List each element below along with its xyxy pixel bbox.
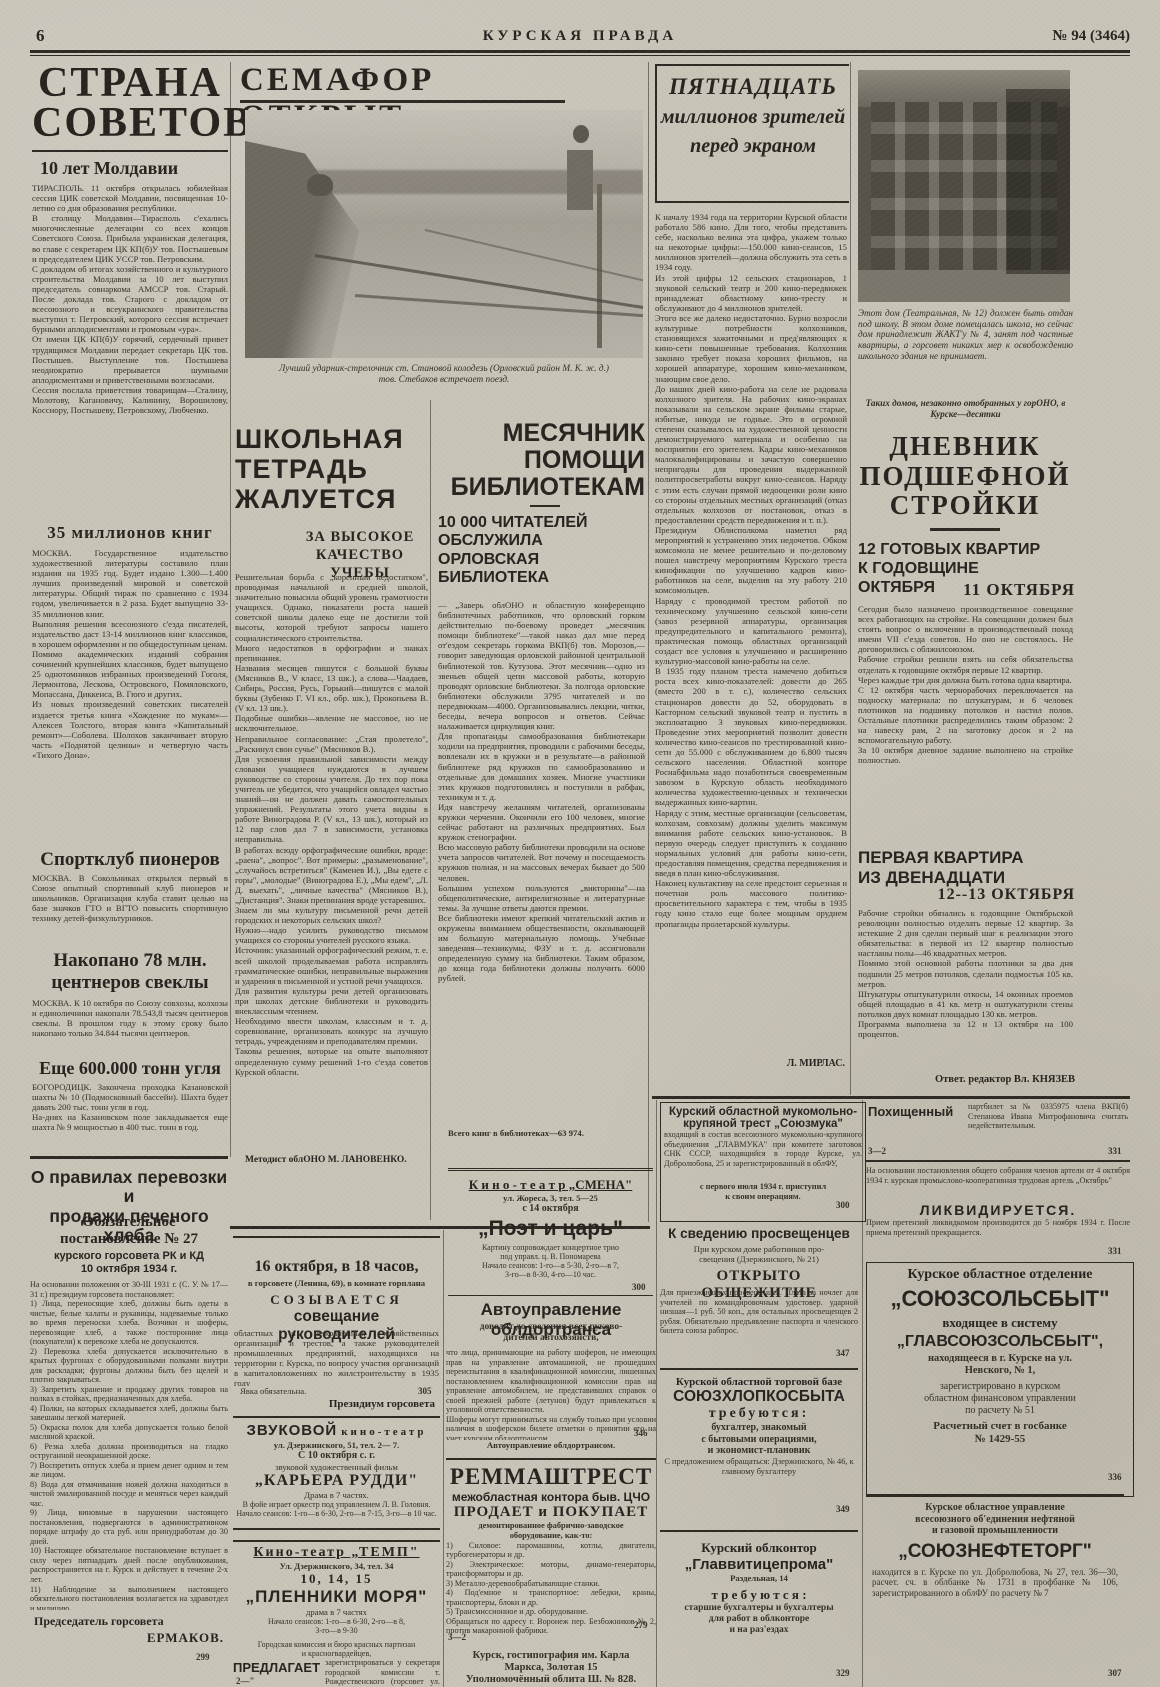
- smena-addr: ул. Жореса, 3, тел. 5—25: [448, 1193, 653, 1203]
- solsbyt-line2: „ГЛАВСОЮЗСОЛЬСБЫТ",: [871, 1333, 1129, 1351]
- strana-rule: [32, 150, 228, 152]
- article-sportclub-body: МОСКВА. В Сокольниках открылся первый в …: [32, 873, 228, 945]
- temp-title: Кино-театр „ТЕМП": [233, 1545, 440, 1561]
- decree-signature-name: ЕРМАКОВ.: [34, 1630, 224, 1646]
- zvuk-title-rest: кино-театр: [341, 1426, 426, 1438]
- page-number: 6: [36, 26, 45, 46]
- column-divider: [648, 62, 649, 1222]
- ad-number: 300: [836, 1200, 850, 1210]
- imprint: Курск, гостипография им. Карла Маркса, З…: [446, 1650, 656, 1686]
- cinema-signature: Л. МИРЛАС.: [700, 1058, 845, 1069]
- zvuk-date: С 10 октября с. г.: [233, 1450, 440, 1462]
- zvuk-kind: звуковой художественный фильм: [233, 1462, 440, 1472]
- vitice-addr: Раздельная, 14: [660, 1573, 858, 1583]
- diary-part2-body: Рабочие стройки обязались к годовщине Ок…: [858, 908, 1073, 1068]
- left-section-rule: [30, 1156, 228, 1159]
- diary-headline: ДНЕВНИК ПОДШЕФНОЙ СТРОЙКИ: [855, 432, 1075, 521]
- masthead: КУРСКАЯ ПРАВДА: [380, 28, 780, 45]
- diary-rule: [930, 528, 1000, 531]
- hlopok-ad: Курской областной торговой базе СОЮЗХЛОП…: [660, 1368, 858, 1520]
- temp-addr: Ул. Дзержинского, 34, тел. 34: [233, 1561, 440, 1571]
- photo-signal-pole: [597, 184, 602, 348]
- article-books-title: 35 миллионов книг: [32, 523, 228, 543]
- meeting-line1: 16 октября, в 18 часов,: [234, 1258, 439, 1276]
- partizan-intro: Городская комиссия и бюро красных партиз…: [233, 1640, 440, 1660]
- cinema-headline-box: ПЯТНАДЦАТЬ миллионов зрителей перед экра…: [655, 64, 849, 203]
- article-books-body: МОСКВА. Государственное издательство худ…: [32, 548, 228, 843]
- zvuk-title: ЗВУКОВОЙ кино-театр: [233, 1422, 440, 1440]
- diary-part2-title: ПЕРВАЯ КВАРТИРА ИЗ ДВЕНАДЦАТИ: [858, 848, 1073, 889]
- cinema-headline-line2: миллионов зрителей: [657, 106, 849, 129]
- zvuk-ad: ЗВУКОВОЙ кино-театр ул. Дзержинского, 51…: [233, 1416, 440, 1530]
- decree-subtitle1: Обязательное постановление № 27: [30, 1214, 228, 1247]
- decree-signature-role: Председатель горсовета: [34, 1614, 224, 1629]
- library-subhead: 10 000 ЧИТАТЕЛЕЙ ОБСЛУЖИЛА ОРЛОВСКАЯ БИБ…: [438, 514, 638, 588]
- dortrans-body: что лица, принимающие на работу шоферов,…: [446, 1348, 656, 1440]
- photo-house-shadow: [1006, 89, 1070, 275]
- temp-film-title: „ПЛЕННИКИ МОРЯ": [233, 1587, 440, 1607]
- solsbyt-intro: Курское областное отделение: [871, 1267, 1129, 1283]
- prosvet-body: Для приезжающих просвещенцев. Плата за н…: [660, 1288, 858, 1358]
- ad-number: 279: [634, 1620, 648, 1630]
- school-headline-line1: ШКОЛЬНАЯ: [235, 424, 425, 454]
- ad-number: 307: [1108, 1668, 1122, 1678]
- column-divider: [656, 1100, 657, 1687]
- diary-part1-date: 11 ОКТЯБРЯ: [900, 580, 1075, 600]
- hlopok-title: СОЮЗХЛОПКОСБЫТА: [660, 1388, 858, 1406]
- meeting-body: областных и межрайонных хозяйственных ор…: [234, 1328, 439, 1386]
- article-coal-body: БОГОРОДИЦК. Закончена проходка Казановск…: [32, 1082, 228, 1150]
- partizan-verb: ПРЕДЛАГАЕТ: [233, 1660, 323, 1675]
- meeting-signature: Президиум горсовета: [280, 1398, 435, 1410]
- remmash-subtitle: межобластная контора быв. ЦЧО: [446, 1490, 656, 1504]
- prosvet-sub: При курском доме работников про- свещени…: [660, 1244, 858, 1266]
- hlopok-body: бухгалтер, знакомый с бытовыми операциям…: [660, 1422, 858, 1457]
- zvuk-addr: ул. Дзержинского, 51, тел. 2— 7.: [233, 1440, 440, 1450]
- solsbyt-line1: входящее в систему: [871, 1315, 1129, 1331]
- article-coal-title: Еще 600.000 тонн угля: [32, 1058, 228, 1079]
- section-strana-sovetov-title: СТРАНА СОВЕТОВ: [32, 64, 228, 144]
- smena-info: Картину сопровождает концертное трио под…: [448, 1243, 653, 1262]
- hlopok-intro: Курской областной торговой базе: [660, 1376, 858, 1388]
- column-divider: [430, 400, 431, 1220]
- likvid-action: ЛИКВИДИРУЕТСЯ.: [866, 1202, 1130, 1218]
- pohish-body: партбилет за № 0335975 члена ВКП(б) Степ…: [968, 1102, 1128, 1142]
- school-headline: ШКОЛЬНАЯ ТЕТРАДЬ ЖАЛУЕТСЯ: [235, 424, 425, 515]
- decree-body: На основании положения от 30-III 1931 г.…: [30, 1280, 228, 1610]
- school-headline-line3: ЖАЛУЕТСЯ: [235, 484, 425, 514]
- cinema-headline-line1: ПЯТНАДЦАТЬ: [657, 74, 849, 100]
- article-moldavia-title: 10 лет Молдавии: [40, 158, 226, 179]
- column-divider: [850, 62, 851, 1095]
- ad-number: 2—": [236, 1676, 255, 1686]
- ad-number: 329: [836, 1668, 850, 1678]
- smena-seances: Начало сеансов: 1-го—в 5-30, 2-го—в 7, 3…: [448, 1261, 653, 1280]
- remmash-ad: РЕММАШТРЕСТ межобластная контора быв. ЦЧ…: [446, 1458, 656, 1640]
- photo-figure-head: [307, 174, 333, 196]
- pohish-title: Похищенный: [868, 1104, 968, 1119]
- ad-number: 3—2: [448, 1632, 466, 1642]
- prosvet-title: К сведению просвещенцев: [660, 1226, 858, 1241]
- vitice-intro: Курский облконтор: [660, 1540, 858, 1556]
- soyuzmuka-foot: с первого июля 1934 г. приступил к своим…: [664, 1182, 862, 1202]
- newspaper-page: 6 КУРСКАЯ ПРАВДА № 94 (3464) СТРАНА СОВЕ…: [0, 0, 1160, 1687]
- railway-photo-caption: Лучший ударник-стрелочник ст. Становой к…: [245, 364, 643, 394]
- zvuk-film-title: „КАРЬЕРА РУДДИ": [233, 1472, 440, 1490]
- diary-part2-date: 12--13 ОКТЯБРЯ: [900, 886, 1075, 904]
- zvuk-genre: Драма в 7 частях.: [233, 1490, 440, 1500]
- decree-subtitle2: курского горсовета РК и КД 10 октября 19…: [30, 1250, 228, 1276]
- house-photo-caption: Этот дом (Театральная, № 12) должен быть…: [858, 308, 1073, 400]
- school-signature: Методист облОНО М. ЛАНОВЕНКО.: [245, 1155, 430, 1165]
- cinema-body: К началу 1934 года на территории Курской…: [655, 212, 847, 1052]
- school-body: Решительная борьба с „коренным недостатк…: [235, 572, 428, 1150]
- solsbyt-ad: Курское областное отделение „СОЮЗСОЛЬСБЫ…: [866, 1262, 1134, 1497]
- article-beet-body: МОСКВА. К 10 октября по Союзу совхозы, к…: [32, 998, 228, 1056]
- house-photo: [858, 70, 1070, 302]
- beet-title-line1: Накопано 78 млн.: [32, 950, 228, 972]
- hlopok-action: требуются:: [660, 1406, 858, 1422]
- house-photo-caption2: Таких домов, незаконно отобранных у горО…: [858, 398, 1073, 428]
- smena-ad: К и н о - т е а т р „СМЕНА" ул. Жореса, …: [448, 1168, 653, 1296]
- vitice-title: „Главвитицепрома": [660, 1556, 858, 1573]
- hlopok-foot: С предложением обращаться: Дзержинского,…: [660, 1457, 858, 1477]
- ad-divider: [233, 1236, 440, 1238]
- solsbyt-line4: зарегистрировано в курском областном фин…: [871, 1381, 1129, 1416]
- smena-date: с 14 октября: [448, 1203, 653, 1215]
- article-sportclub-title: Спортклуб пионеров: [32, 849, 228, 871]
- ad-number: 3—2: [868, 1146, 886, 1156]
- ad-number: 299: [196, 1652, 210, 1662]
- photo-semaphore-head: [573, 125, 589, 143]
- solsbyt-title: „СОЮЗСОЛЬСБЫТ": [871, 1286, 1129, 1312]
- temp-dates: 10, 14, 15: [233, 1571, 440, 1587]
- partizan-body: зарегистрироваться у секретаря городской…: [325, 1658, 440, 1686]
- ad-number: 347: [836, 1348, 850, 1358]
- remmash-action: ПРОДАЕТ и ПОКУПАЕТ: [446, 1504, 656, 1521]
- article-moldavia-body: ТИРАСПОЛЬ. 11 октября открылась юбилейна…: [32, 183, 228, 481]
- article-beet-title: Накопано 78 млн. центнеров свеклы: [32, 950, 228, 994]
- beet-title-line2: центнеров свеклы: [32, 972, 228, 994]
- ad-number: 331: [1108, 1246, 1122, 1256]
- ad-number: 300: [632, 1282, 646, 1292]
- right-section-rule: [652, 1096, 1130, 1099]
- likvid-foot: Прием претензий ликвидкомом производится…: [866, 1218, 1130, 1248]
- nefte-ad: Курское областное управление всесоюзного…: [866, 1494, 1124, 1687]
- header-rule-thin: [30, 55, 1130, 56]
- column-divider: [443, 1230, 444, 1687]
- ad-number: 305: [418, 1386, 432, 1396]
- meeting-line3: СОЗЫВАЕТСЯ: [234, 1292, 439, 1308]
- library-headline: МЕСЯЧНИК ПОМОЩИ БИБЛИОТЕКАМ: [445, 420, 645, 501]
- vitice-ad: Курский облконтор „Главвитицепрома" Разд…: [660, 1530, 858, 1687]
- railway-photo: [245, 110, 643, 358]
- remmash-kind: демонтированное фабрично-заводское обору…: [446, 1521, 656, 1541]
- strana-line2: СОВЕТОВ: [32, 104, 228, 144]
- issue-number: № 94 (3464): [960, 28, 1130, 45]
- soyuzmuka-title: Курский областной мукомольно- крупяной т…: [664, 1106, 862, 1130]
- likvid-ad: На основании постановления общего собран…: [866, 1160, 1130, 1258]
- remmash-title: РЕММАШТРЕСТ: [446, 1464, 656, 1490]
- zvuk-title-strong: ЗВУКОВОЙ: [246, 1422, 337, 1439]
- meeting-note: Явка обязательна.: [240, 1386, 360, 1398]
- editor-line: Ответ. редактор Вл. КНЯЗЕВ: [880, 1074, 1075, 1085]
- nefte-intro: Курское областное управление всесоюзного…: [866, 1502, 1124, 1537]
- remmash-body: 1) Силовое: паромашины, котлы, двигатели…: [446, 1541, 656, 1637]
- cinema-headline-line3: перед экраном: [657, 135, 849, 158]
- diary-part1-body: Сегодня было назначено производственное …: [858, 604, 1073, 846]
- solsbyt-line5: Расчетный счет в госбанке № 1429-55: [871, 1420, 1129, 1446]
- strana-line1: СТРАНА: [32, 64, 228, 104]
- smena-film-title: „Поэт и царь": [448, 1217, 653, 1241]
- temp-info: Начало сеансов: 1-го—в 6-30, 2-го—в 8, 3…: [233, 1617, 440, 1636]
- photo-rail-3: [425, 229, 643, 312]
- dortrans-subtitle: доводит до сведения всех руково- дителей…: [446, 1322, 656, 1346]
- ad-number: 331: [1108, 1146, 1122, 1156]
- library-body: — „Заверь облОНО и областную конференцию…: [438, 600, 645, 1120]
- smena-title: К и н о - т е а т р „СМЕНА": [448, 1177, 653, 1193]
- vitice-body: старшие бухгалтеры и бухгалтеры для рабо…: [660, 1603, 858, 1636]
- photo-rail-1: [315, 254, 643, 332]
- dortrans-signature: Автоуправление облдортрансом.: [446, 1440, 656, 1452]
- ad-number: 349: [836, 1504, 850, 1514]
- zvuk-info: В фойе играет оркестр под управлением Л.…: [233, 1500, 440, 1519]
- temp-ad: Кино-театр „ТЕМП" Ул. Дзержинского, 34, …: [233, 1540, 440, 1637]
- photo-house-street: [858, 270, 1070, 302]
- nefte-title: „СОЮЗНЕФТЕТОРГ": [866, 1541, 1124, 1563]
- ad-number: 346: [634, 1428, 648, 1438]
- semafor-underline: [240, 100, 565, 103]
- nefte-body: находится в г. Курске по ул. Добролюбова…: [866, 1567, 1124, 1637]
- likvid-body: На основании постановления общего собран…: [866, 1166, 1130, 1202]
- vitice-action: т р е б у ю т с я :: [660, 1587, 858, 1603]
- library-headline-dash: [530, 505, 560, 507]
- header-rule: [30, 50, 1130, 53]
- school-headline-line2: ТЕТРАДЬ: [235, 454, 425, 484]
- photo-semaphore-mast: [567, 150, 593, 210]
- solsbyt-line3: находящееся в г. Курске на ул. Невского,…: [871, 1353, 1129, 1377]
- column-divider: [230, 62, 231, 1157]
- soyuzmuka-body: входящий в состав всесоюзного мукомольно…: [664, 1130, 862, 1182]
- library-footer: Всего книг в библиотеках—63 974.: [448, 1128, 645, 1142]
- ad-number: 336: [1108, 1472, 1122, 1482]
- meeting-line2: в горсовете (Ленина, 69), в комнате горп…: [234, 1278, 439, 1290]
- temp-genre: драма в 7 частях: [233, 1607, 440, 1617]
